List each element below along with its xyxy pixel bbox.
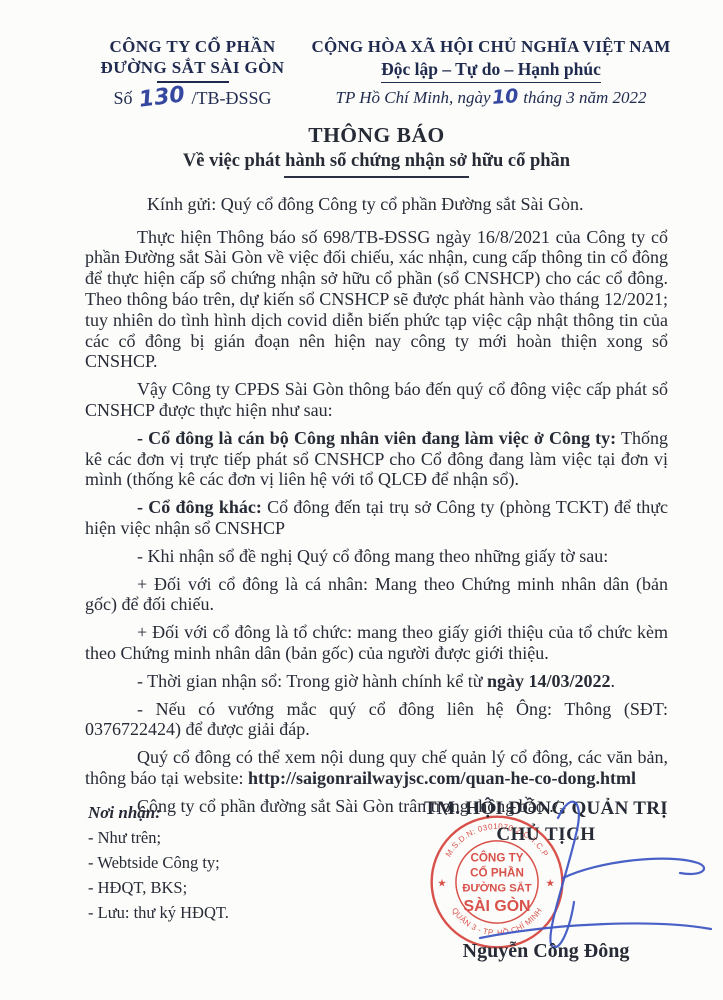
paragraph-5: - Khi nhận sổ đề nghị Quý cổ đông mang t… — [85, 546, 668, 567]
issuing-company-block: CÔNG TY CỔ PHẦN ĐƯỜNG SẮT SÀI GÒN Số 130… — [85, 36, 300, 109]
signer-name: Nguyễn Công Đông — [378, 940, 714, 963]
paragraph-8: - Thời gian nhận sổ: Trong giờ hành chín… — [85, 671, 668, 692]
paragraph-3: - Cổ đông là cán bộ Công nhân viên đang … — [85, 428, 668, 490]
document-header: CÔNG TY CỔ PHẦN ĐƯỜNG SẮT SÀI GÒN Số 130… — [85, 36, 668, 109]
document-number-handwritten: 130 — [136, 86, 188, 110]
paragraph-1: Thực hiện Thông báo số 698/TB-ĐSSG ngày … — [85, 227, 668, 373]
national-motto: Độc lập – Tự do – Hạnh phúc — [300, 59, 682, 83]
place-date-line: TP Hồ Chí Minh, ngày10 tháng 3 năm 2022 — [300, 88, 682, 108]
national-title: CỘNG HÒA XÃ HỘI CHỦ NGHĨA VIỆT NAM — [300, 36, 682, 58]
salutation-line: Kính gửi: Quý cổ đông Công ty cổ phần Đư… — [147, 194, 668, 215]
paragraph-7: + Đối với cổ đông là tổ chức: mang theo … — [85, 622, 668, 664]
recipients-title: Nơi nhận: — [88, 800, 229, 825]
paragraph-9: - Nếu có vướng mắc quý cổ đông liên hệ Ô… — [85, 699, 668, 741]
recipient-item: - Webtside Công ty; — [88, 850, 229, 875]
title-block: THÔNG BÁO Về việc phát hành sổ chứng nhậ… — [85, 123, 668, 178]
recipient-item: - Lưu: thư ký HĐQT. — [88, 900, 229, 925]
paragraph-4: - Cổ đông khác: Cổ đông đến tại trụ sở C… — [85, 497, 668, 539]
recipients-block: Nơi nhận: - Như trên; - Webtside Công ty… — [88, 800, 229, 925]
national-motto-text: Độc lập – Tự do – Hạnh phúc — [381, 59, 601, 83]
recipient-item: - Như trên; — [88, 825, 229, 850]
document-number-suffix: /TB-ĐSSG — [191, 88, 271, 108]
title-underline — [284, 176, 469, 178]
company-name-line2: ĐƯỜNG SẮT SÀI GÒN — [85, 57, 300, 78]
document-body: Thực hiện Thông báo số 698/TB-ĐSSG ngày … — [85, 227, 668, 817]
document-number-label: Số — [114, 88, 133, 108]
company-underline — [157, 81, 229, 83]
paragraph-10: Quý cổ đông có thể xem nội dung quy chế … — [85, 747, 668, 789]
recipient-item: - HĐQT, BKS; — [88, 875, 229, 900]
day-handwritten: 10 — [490, 87, 520, 107]
place-date-prefix: TP Hồ Chí Minh, ngày — [335, 88, 490, 107]
company-name-line1: CÔNG TY CỔ PHẦN — [85, 36, 300, 57]
document-number: Số 130 /TB-ĐSSG — [85, 88, 300, 109]
document-page: CÔNG TY CỔ PHẦN ĐƯỜNG SẮT SÀI GÒN Số 130… — [0, 0, 723, 1000]
paragraph-2: Vậy Công ty CPĐS Sài Gòn thông báo đến q… — [85, 379, 668, 421]
place-date-suffix: tháng 3 năm 2022 — [523, 88, 646, 107]
document-title: THÔNG BÁO — [85, 123, 668, 148]
national-motto-block: CỘNG HÒA XÃ HỘI CHỦ NGHĨA VIỆT NAM Độc l… — [300, 36, 682, 108]
document-subtitle: Về việc phát hành sổ chứng nhận sở hữu c… — [85, 151, 668, 172]
paragraph-6: + Đối với cổ đông là cá nhân: Mang theo … — [85, 574, 668, 616]
